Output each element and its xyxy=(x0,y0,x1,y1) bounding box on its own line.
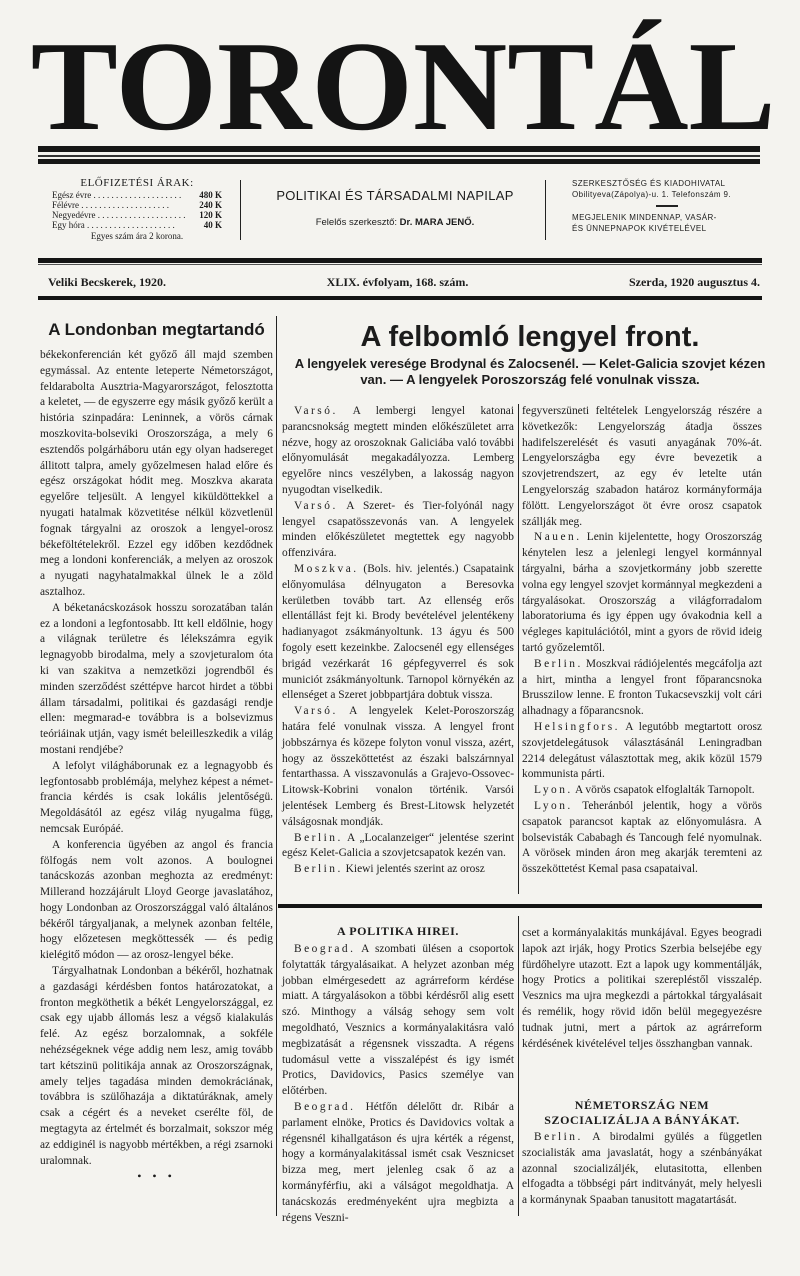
dispatch-place: Moszkva. xyxy=(294,563,359,575)
dispatch-place: Nauen. xyxy=(534,531,582,543)
article-politika-col-left: Beograd. A szombati ülésen a csoportok f… xyxy=(282,942,514,1226)
dateline-date: Szerda, 1920 augusztus 4. xyxy=(629,275,760,290)
header-divider xyxy=(545,180,546,240)
publication-schedule: MEGJELENIK MINDENNAP, VASÁR- xyxy=(572,212,782,223)
dispatch-place: Varsó. xyxy=(294,705,338,717)
dispatch-place: Beograd. xyxy=(294,1101,355,1113)
editor-name: Dr. MARA JENŐ. xyxy=(400,217,475,228)
dispatch: Berlin. A birodalmi gyülés a független s… xyxy=(522,1130,762,1209)
dispatch-place: Berlin. xyxy=(534,1131,583,1143)
paragraph: békekonferencián két győző áll majd szem… xyxy=(40,348,273,601)
dispatch-text: Hétfőn délelőtt dr. Ribár a parlament el… xyxy=(282,1101,514,1224)
column-divider xyxy=(518,404,519,894)
small-divider xyxy=(656,205,678,207)
dispatch: Beograd. Hétfőn délelőtt dr. Ribár a par… xyxy=(282,1100,514,1226)
dispatch-text: A szombati ülésen a csoportok folytatták… xyxy=(282,943,514,1097)
dateline-volume: XLIX. évfolyam, 168. szám. xyxy=(327,275,469,290)
article-main-col-left: Varsó. A lembergi lengyel katonai paranc… xyxy=(282,404,514,878)
dispatch-text: A vörös csapatok elfoglalták Tarnopolt. xyxy=(573,784,755,796)
right-header: SZERKESZTŐSÉG ÉS KIADOHIVATAL Obilityeva… xyxy=(572,178,782,234)
price-label: Egy hóra xyxy=(52,220,201,230)
subscription-title: ELŐFIZETÉSI ÁRAK: xyxy=(52,178,222,188)
office-title: SZERKESZTŐSÉG ÉS KIADOHIVATAL xyxy=(572,178,782,189)
article-nemet-headline: NÉMETORSZÁG NEM SZOCIALIZÁLJA A BÁNYÁKAT… xyxy=(522,1098,762,1128)
dispatch: Nauen. Lenin kijelentette, hogy Oroszors… xyxy=(522,530,762,656)
dispatch-place: Berlin. xyxy=(534,658,583,670)
dispatch-text: A lengyelek Kelet-Poroszország határa fe… xyxy=(282,705,514,828)
single-copy-price: Egyes szám ára 2 korona. xyxy=(52,231,222,241)
dispatch: Varsó. A lengyelek Kelet-Poroszország ha… xyxy=(282,704,514,830)
dispatch: Varsó. A lembergi lengyel katonai paranc… xyxy=(282,404,514,499)
paragraph: cset a kormányalakitás munkájával. Egyes… xyxy=(522,926,762,1052)
dateline: Veliki Becskerek, 1920. XLIX. évfolyam, … xyxy=(48,275,760,290)
paragraph: Tárgyalhatnak Londonban a békéről, hozha… xyxy=(40,964,273,1169)
price-label: Negyedévre xyxy=(52,210,196,220)
price-row: Egy hóra40 K xyxy=(52,220,222,230)
center-header: POLITIKAI ÉS TÁRSADALMI NAPILAP Felelős … xyxy=(245,188,545,228)
office-address: Obilityeva(Zápolya)-u. 1. Telefonszám 9. xyxy=(572,189,782,200)
article-politika-headline: A POLITIKA HIREI. xyxy=(282,924,514,939)
price-value: 240 K xyxy=(196,200,222,210)
subscription-prices: ELŐFIZETÉSI ÁRAK: Egész évre480 K Félévr… xyxy=(52,178,222,241)
dispatch-text: (Bols. hiv. jelentés.) Csapataink előnyo… xyxy=(282,563,514,701)
price-value: 480 K xyxy=(196,190,222,200)
header-divider xyxy=(240,180,241,240)
article-main-subheadline: A lengyelek veresége Brodynal és Zalocse… xyxy=(282,356,778,388)
paragraph: A konferencia ügyében az angol és franci… xyxy=(40,838,273,964)
end-mark: • • • xyxy=(40,1169,273,1185)
paragraph: A béketanácskozások hosszu sorozatában t… xyxy=(40,601,273,759)
dispatch: Berlin. Moszkvai rádiójelentés megcáfolj… xyxy=(522,657,762,720)
dispatch-place: Beograd. xyxy=(294,943,355,955)
column-divider xyxy=(276,316,277,1216)
paper-subtitle: POLITIKAI ÉS TÁRSADALMI NAPILAP xyxy=(245,188,545,203)
dispatch-text: Lenin kijelentette, hogy Oroszország kén… xyxy=(522,531,762,654)
article-main-headline: A felbomló lengyel front. xyxy=(282,320,778,354)
dispatch-text: Kiewi jelentés szerint az orosz xyxy=(343,863,485,875)
editor-label: Felelős szerkesztő: xyxy=(316,217,397,228)
masthead-rule xyxy=(38,146,760,166)
price-row: Egész évre480 K xyxy=(52,190,222,200)
dispatch: Varsó. A Szeret- és Tier-folyónál nagy l… xyxy=(282,499,514,562)
dispatch-place: Lyon. xyxy=(534,784,573,796)
header-rule-thin xyxy=(38,264,762,265)
price-row: Negyedévre120 K xyxy=(52,210,222,220)
price-label: Egész évre xyxy=(52,190,196,200)
dispatch-place: Helsingfors. xyxy=(534,721,620,733)
editor-line: Felelős szerkesztő: Dr. MARA JENŐ. xyxy=(245,217,545,228)
dispatch-place: Berlin. xyxy=(294,832,343,844)
dispatch: fegyverszüneti feltételek Lengyelország … xyxy=(522,404,762,530)
dispatch-text: A lembergi lengyel katonai parancsnokság… xyxy=(282,405,514,496)
article-left-headline: A Londonban megtartandó xyxy=(40,320,273,340)
article-nemet-body: Berlin. A birodalmi gyülés a független s… xyxy=(522,1130,762,1209)
dispatch-place: Varsó. xyxy=(294,405,338,417)
dispatch: Berlin. Kiewi jelentés szerint az orosz xyxy=(282,862,514,878)
dispatch-text: fegyverszüneti feltételek Lengyelország … xyxy=(522,405,762,528)
dispatch-place: Lyon. xyxy=(534,800,573,812)
column-divider xyxy=(518,916,519,1216)
article-left-body: békekonferencián két győző áll majd szem… xyxy=(40,348,273,1185)
price-label: Félévre xyxy=(52,200,196,210)
dispatch: Beograd. A szombati ülésen a csoportok f… xyxy=(282,942,514,1100)
header-rule xyxy=(38,258,762,263)
price-row: Félévre240 K xyxy=(52,200,222,210)
article-politika-col-right: cset a kormányalakitás munkájával. Egyes… xyxy=(522,926,762,1052)
price-value: 40 K xyxy=(201,220,222,230)
dateline-place: Veliki Becskerek, 1920. xyxy=(48,275,166,290)
dispatch: Berlin. A „Localanzeiger“ jelentése szer… xyxy=(282,831,514,863)
dispatch: Lyon. A vörös csapatok elfoglalták Tarno… xyxy=(522,783,762,799)
dateline-rule xyxy=(38,296,762,300)
dispatch: Lyon. Teheránból jelentik, hogy a vörös … xyxy=(522,799,762,878)
publication-schedule-2: ÉS ÜNNEPNAPOK KIVÉTELÉVEL xyxy=(572,223,782,234)
masthead-title: TORONTÁL xyxy=(31,30,769,142)
section-rule xyxy=(278,904,762,908)
dispatch-place: Varsó. xyxy=(294,500,338,512)
price-value: 120 K xyxy=(196,210,222,220)
dispatch-place: Berlin. xyxy=(294,863,343,875)
paragraph: A lefolyt világháborunak ez a legnagyobb… xyxy=(40,759,273,838)
article-main-col-right: fegyverszüneti feltételek Lengyelország … xyxy=(522,404,762,878)
dispatch: Helsingfors. A legutóbb megtartott orosz… xyxy=(522,720,762,783)
dispatch: Moszkva. (Bols. hiv. jelentés.) Csapatai… xyxy=(282,562,514,704)
